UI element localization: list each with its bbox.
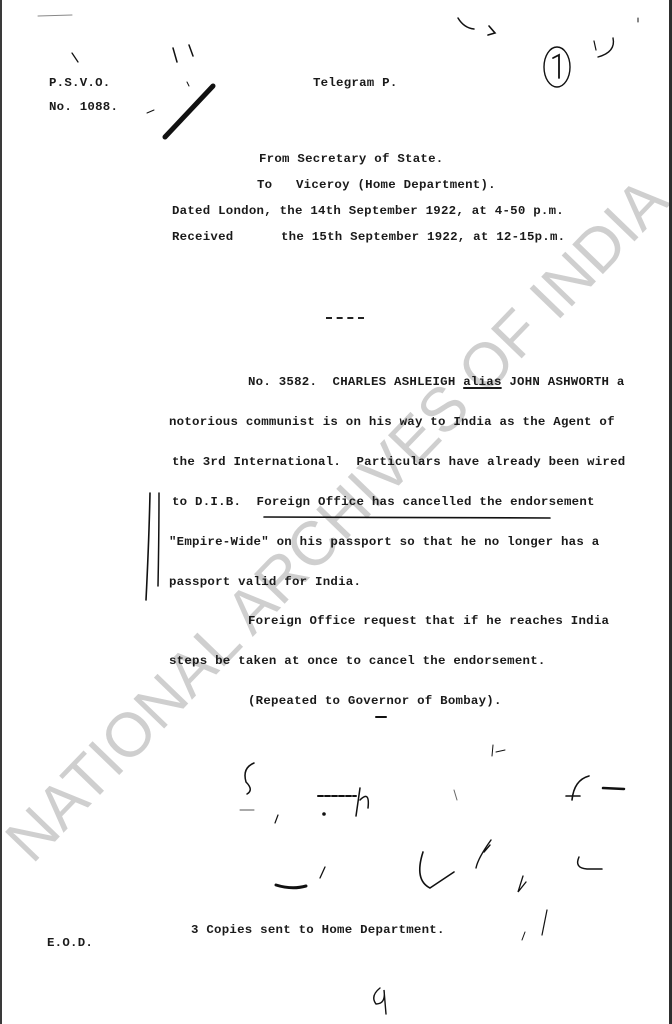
telegram-number: No. 3582.: [248, 375, 317, 389]
reference-code: P.S.V.O.: [49, 77, 111, 89]
subject-name: CHARLES ASHLEIGH: [333, 375, 464, 389]
received-label: Received: [172, 231, 234, 243]
dated-line: Dated London, the 14th September 1922, a…: [172, 205, 564, 217]
paragraph2-line-2: steps be taken at once to cancel the end…: [169, 655, 546, 667]
subject-alias: JOHN ASHWORTH a: [502, 375, 625, 389]
telegram-type: Telegram P.: [313, 77, 398, 89]
from-line: From Secretary of State.: [259, 153, 443, 165]
watermark: NATIONAL ARCHIVES OF INDIA: [0, 165, 672, 876]
body-line-1: No. 3582. CHARLES ASHLEIGH alias JOHN AS…: [248, 376, 625, 388]
body-line-5: "Empire-Wide" on his passport so that he…: [169, 536, 599, 548]
repeated-note: (Repeated to Governor of Bombay).: [248, 695, 502, 707]
message-number: No. 1088.: [49, 101, 118, 113]
separator-dashes: [326, 317, 364, 319]
document-page: NATIONAL ARCHIVES OF INDIA: [0, 0, 672, 1024]
body-line-3: the 3rd International. Particulars have …: [172, 456, 625, 468]
alias-underlined: alias: [463, 375, 501, 389]
to-label: To: [257, 179, 272, 191]
body-line-2: notorious communist is on his way to Ind…: [169, 416, 615, 428]
copies-note: 3 Copies sent to Home Department.: [191, 924, 445, 936]
body-line-6: passport valid for India.: [169, 576, 361, 588]
received-line: the 15th September 1922, at 12-15p.m.: [281, 231, 565, 243]
to-line: Viceroy (Home Department).: [296, 179, 496, 191]
initials: E.O.D.: [47, 937, 93, 949]
paragraph2-line-1: Foreign Office request that if he reache…: [248, 615, 609, 627]
body-line-4: to D.I.B. Foreign Office has cancelled t…: [172, 496, 595, 508]
